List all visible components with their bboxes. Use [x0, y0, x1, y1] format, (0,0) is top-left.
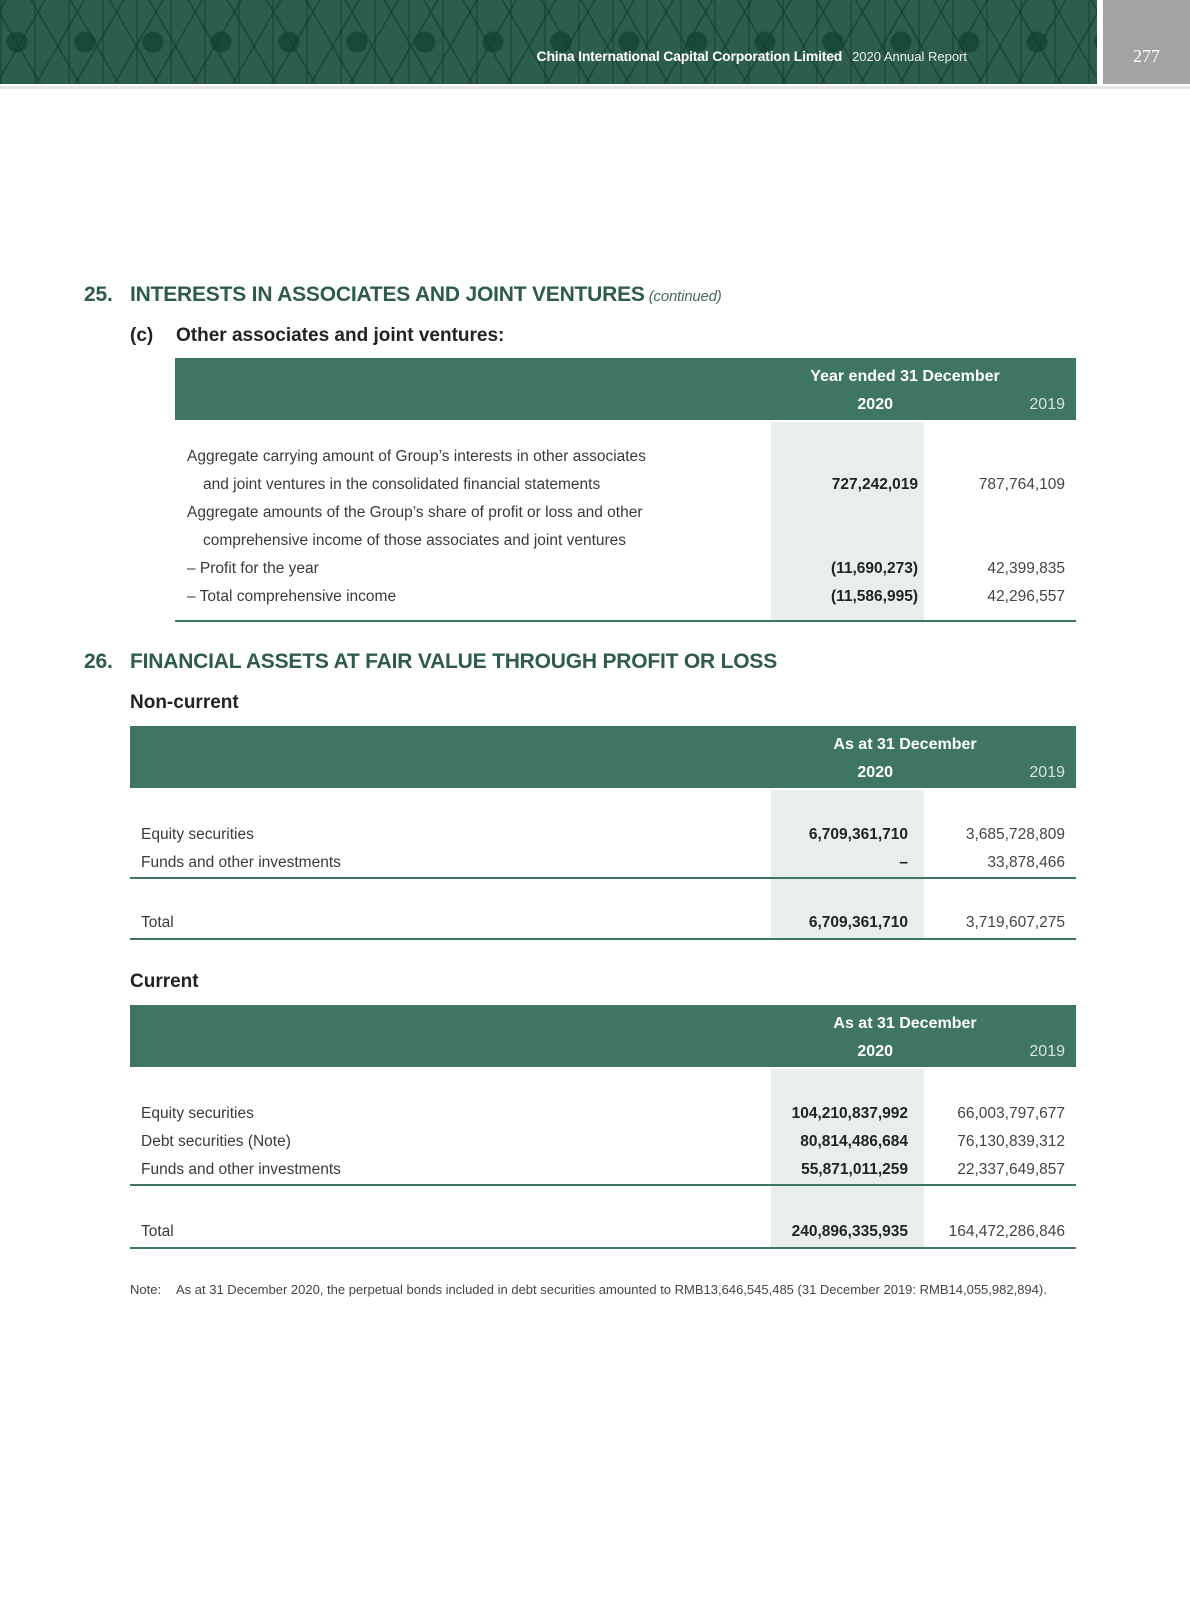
col-2020-header: 2020: [755, 764, 893, 782]
header-banner: China International Capital Corporation …: [0, 0, 1097, 84]
table-row: comprehensive income of those associates…: [175, 528, 1076, 556]
col-2019-header: 2019: [915, 396, 1065, 414]
table-row: Equity securities 6,709,361,710 3,685,72…: [130, 822, 1076, 850]
non-current-table: As at 31 December 2020 2019 Equity secur…: [130, 726, 1076, 940]
total-rule: [130, 1247, 1076, 1249]
table-row: and joint ventures in the consolidated f…: [175, 472, 1076, 500]
table-row: Funds and other investments – 33,878,466: [130, 850, 1076, 878]
col-2019-header: 2019: [915, 764, 1065, 782]
period-header: Year ended 31 December: [755, 368, 1055, 386]
current-heading: Current: [130, 971, 199, 993]
associates-table: Year ended 31 December 2020 2019 Aggrega…: [175, 358, 1076, 622]
current-table: As at 31 December 2020 2019 Equity secur…: [130, 1005, 1076, 1249]
company-name: China International Capital Corporation …: [537, 48, 843, 64]
continued-label: (continued): [649, 288, 722, 305]
banner-title: China International Capital Corporation …: [537, 48, 967, 64]
subtotal-rule: [130, 877, 1076, 879]
note-label: Note:: [130, 1279, 161, 1301]
total-row: Total 6,709,361,710 3,719,607,275: [130, 910, 1076, 938]
table-row: Funds and other investments 55,871,011,2…: [130, 1157, 1076, 1185]
table-row: Equity securities 104,210,837,992 66,003…: [130, 1101, 1076, 1129]
table-header: Year ended 31 December 2020 2019: [175, 358, 1076, 420]
table-row: – Total comprehensive income(11,586,995)…: [175, 584, 1076, 612]
report-name: 2020 Annual Report: [852, 49, 967, 64]
col-2020-header: 2020: [755, 1043, 893, 1061]
col-2020-header: 2020: [755, 396, 893, 414]
subsection-c-title: (c)Other associates and joint ventures:: [130, 325, 504, 347]
table-header: As at 31 December 2020 2019: [130, 1005, 1076, 1067]
total-rule: [130, 938, 1076, 940]
footnote: Note: As at 31 December 2020, the perpet…: [130, 1279, 1078, 1301]
table-row: Aggregate amounts of the Group’s share o…: [175, 500, 1076, 528]
period-header: As at 31 December: [755, 736, 1055, 754]
subtotal-rule: [130, 1184, 1076, 1186]
table-bottom-rule: [175, 620, 1076, 622]
total-row: Total 240,896,335,935 164,472,286,846: [130, 1219, 1076, 1247]
page-number-box: 277: [1103, 0, 1190, 84]
note-text: As at 31 December 2020, the perpetual bo…: [176, 1279, 1078, 1301]
table-header: As at 31 December 2020 2019: [130, 726, 1076, 788]
col-2019-header: 2019: [915, 1043, 1065, 1061]
non-current-heading: Non-current: [130, 692, 239, 714]
page-number: 277: [1103, 46, 1190, 67]
divider: [0, 86, 1190, 89]
table-row: Aggregate carrying amount of Group’s int…: [175, 444, 1076, 472]
table-row: – Profit for the year(11,690,273)42,399,…: [175, 556, 1076, 584]
period-header: As at 31 December: [755, 1015, 1055, 1033]
section-26-title: 26.FINANCIAL ASSETS AT FAIR VALUE THROUG…: [84, 650, 777, 674]
section-25-title: 25.INTERESTS IN ASSOCIATES AND JOINT VEN…: [84, 283, 722, 307]
table-row: Debt securities (Note) 80,814,486,684 76…: [130, 1129, 1076, 1157]
